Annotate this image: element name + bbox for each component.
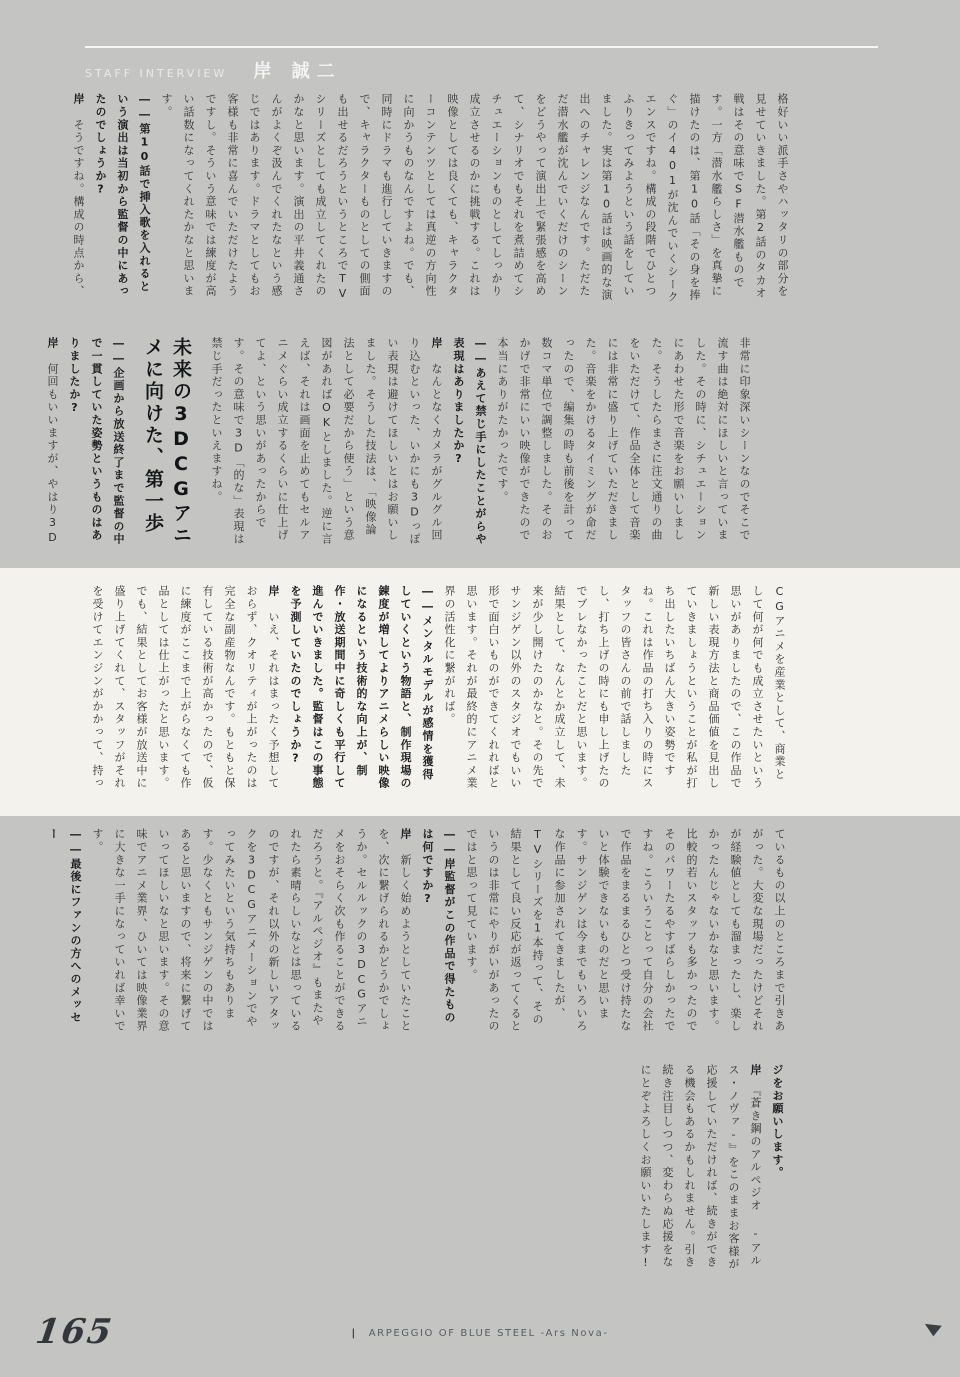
answer-paragraph: 岸 いえ、それはまったく予想しておらず、クオリティが上がったのは完全な副産物なん… <box>86 585 284 793</box>
speaker-name: 岸 <box>430 337 443 350</box>
interviewer-question: ――企画から放送終了まで監督の中で一貫していた姿勢というものはありましたか? <box>63 337 129 547</box>
answer-paragraph: 岸 そうですね。構成の時点から、 <box>67 93 89 305</box>
book-title-footer: |ARPEGGIO OF BLUE STEEL -Ars Nova- <box>0 1328 960 1339</box>
answer-paragraph: 格好いい派手さやハッタリの部分を見せていきました。第2話のタカオ戦はその意味でS… <box>155 93 793 305</box>
answer-text: 何回もいいますが、やはり3D <box>46 350 59 546</box>
answer-text: 『蒼き鋼のアルペジオ -アルス・ノヴァ-』をこのままお客様が応援していただければ… <box>639 1064 762 1271</box>
section-heading: 未来の3DCGアニメに向けた、第一歩 <box>139 337 195 547</box>
answer-text: 新しく始めようとしていたことを、次に繋げられるかどうかでしょうか。セルルックの3… <box>91 828 412 1033</box>
book-title-text: ARPEGGIO OF BLUE STEEL -Ars Nova- <box>369 1328 609 1339</box>
answer-paragraph: 岸 何回もいいますが、やはり3D <box>41 337 63 547</box>
magazine-page: STAFF INTERVIEW 岸 誠二 格好いい派手さやハッタリの部分を見せて… <box>0 0 960 1377</box>
speaker-name: 岸 <box>267 585 280 598</box>
speaker-name: 岸 <box>399 828 412 841</box>
footer-separator: | <box>351 1328 356 1339</box>
interview-block-3: CGアニメを産業として、商業として何が何でも成立させたいという思いがありましたの… <box>86 585 790 793</box>
interview-block-5: ジをお願いします。 岸 『蒼き鋼のアルペジオ -アルス・ノヴァ-』をこのままお客… <box>634 1064 788 1272</box>
interviewer-question: ――岸監督がこの作品で得たものは何ですか? <box>416 828 460 1036</box>
interview-block-4: ているもの以上のところまで引きあがった。大変な現場だったけどそれが経験値としても… <box>42 828 790 1036</box>
answer-paragraph: 岸 なんとなくカメラがグルグル回り込むといった、いかにも3Dっぽい表現は避けてほ… <box>205 337 447 547</box>
speaker-name: 岸 <box>749 1064 762 1077</box>
answer-paragraph: 非常に印象深いシーンなのでそこで流す曲は絶対にほしいと言っていました。その時に、… <box>491 337 755 547</box>
answer-paragraph: 岸 『蒼き鋼のアルペジオ -アルス・ノヴァ-』をこのままお客様が応援していただけ… <box>634 1064 766 1272</box>
interviewer-question: ――第10話で挿入歌を入れるという演出は当初から監督の中にあったのでしょうか? <box>89 93 155 305</box>
interviewer-question: ジをお願いします。 <box>766 1064 788 1272</box>
answer-paragraph: ているもの以上のところまで引きあがった。大変な現場だったけどそれが経験値としても… <box>460 828 790 1036</box>
interviewer-question: ――最後にファンの方へのメッセー <box>42 828 86 1036</box>
answer-paragraph: CGアニメを産業として、商業として何が何でも成立させたいという思いがありましたの… <box>438 585 790 793</box>
interview-block-1: 格好いい派手さやハッタリの部分を見せていきました。第2話のタカオ戦はその意味でS… <box>67 93 793 305</box>
answer-text: いえ、それはまったく予想しておらず、クオリティが上がったのは完全な副産物なんです… <box>91 585 280 790</box>
interviewer-question: ――メンタルモデルが感情を獲得していくという物語と、制作現場の錬度が増してよりア… <box>284 585 438 793</box>
answer-paragraph: 岸 新しく始めようとしていたことを、次に繋げられるかどうかでしょうか。セルルック… <box>86 828 416 1036</box>
header-section-label: STAFF INTERVIEW <box>85 67 227 80</box>
page-header: STAFF INTERVIEW 岸 誠二 <box>85 46 878 83</box>
speaker-name: 岸 <box>72 93 85 106</box>
answer-text: そうですね。構成の時点から、 <box>72 106 85 298</box>
answer-text: なんとなくカメラがグルグル回り込むといった、いかにも3Dっぽい表現は避けてほしい… <box>210 337 443 546</box>
speaker-name: 岸 <box>46 337 59 350</box>
interview-block-2: 非常に印象深いシーンなのでそこで流す曲は絶対にほしいと言っていました。その時に、… <box>41 337 755 547</box>
interviewee-name: 岸 誠二 <box>253 57 341 83</box>
interviewer-question: ――あえて禁じ手にしたことがらや表現はありましたか? <box>447 337 491 547</box>
